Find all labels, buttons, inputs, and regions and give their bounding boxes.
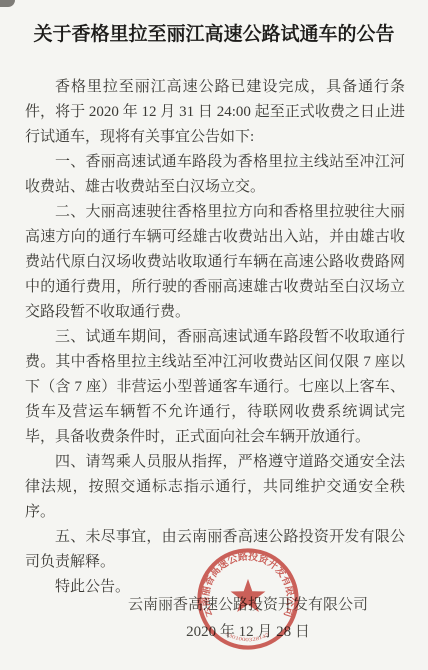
paragraph-item-3: 三、试通车期间，香丽高速试通车路段暂不收取通行费。其中香格里拉主线站至冲江河收费… [25,325,405,450]
signature-block: 云南丽香高速公路投资开发有限公司 2020 年 12 月 28 日 [128,592,368,646]
paragraph-item-1: 一、香丽高速试通车路段为香格里拉主线站至冲江河收费站、雄古收费站至白汉场立交。 [25,150,405,200]
signature-company: 云南丽香高速公路投资开发有限公司 [128,592,368,619]
scan-artifact-smudge [0,0,15,7]
announcement-document: 关于香格里拉至丽江高速公路试通车的公告 香格里拉至丽江高速公路已建设完成，具备通… [0,0,428,670]
paragraph-intro: 香格里拉至丽江高速公路已建设完成，具备通行条件，将于 2020 年 12 月 3… [25,75,405,150]
document-title: 关于香格里拉至丽江高速公路试通车的公告 [14,22,414,48]
document-body: 香格里拉至丽江高速公路已建设完成，具备通行条件，将于 2020 年 12 月 3… [25,75,405,600]
paragraph-item-5: 五、未尽事宜，由云南丽香高速公路投资开发有限公司负责解释。 [25,525,405,575]
paragraph-item-2: 二、大丽高速驶往香格里拉方向和香格里拉驶往大丽高速方向的通行车辆可经雄古收费站出… [25,200,405,325]
signature-date: 2020 年 12 月 28 日 [128,619,368,646]
paragraph-item-4: 四、请驾乘人员服从指挥，严格遵守道路交通安全法律法规，按照交通标志指示通行，共同… [25,450,405,525]
